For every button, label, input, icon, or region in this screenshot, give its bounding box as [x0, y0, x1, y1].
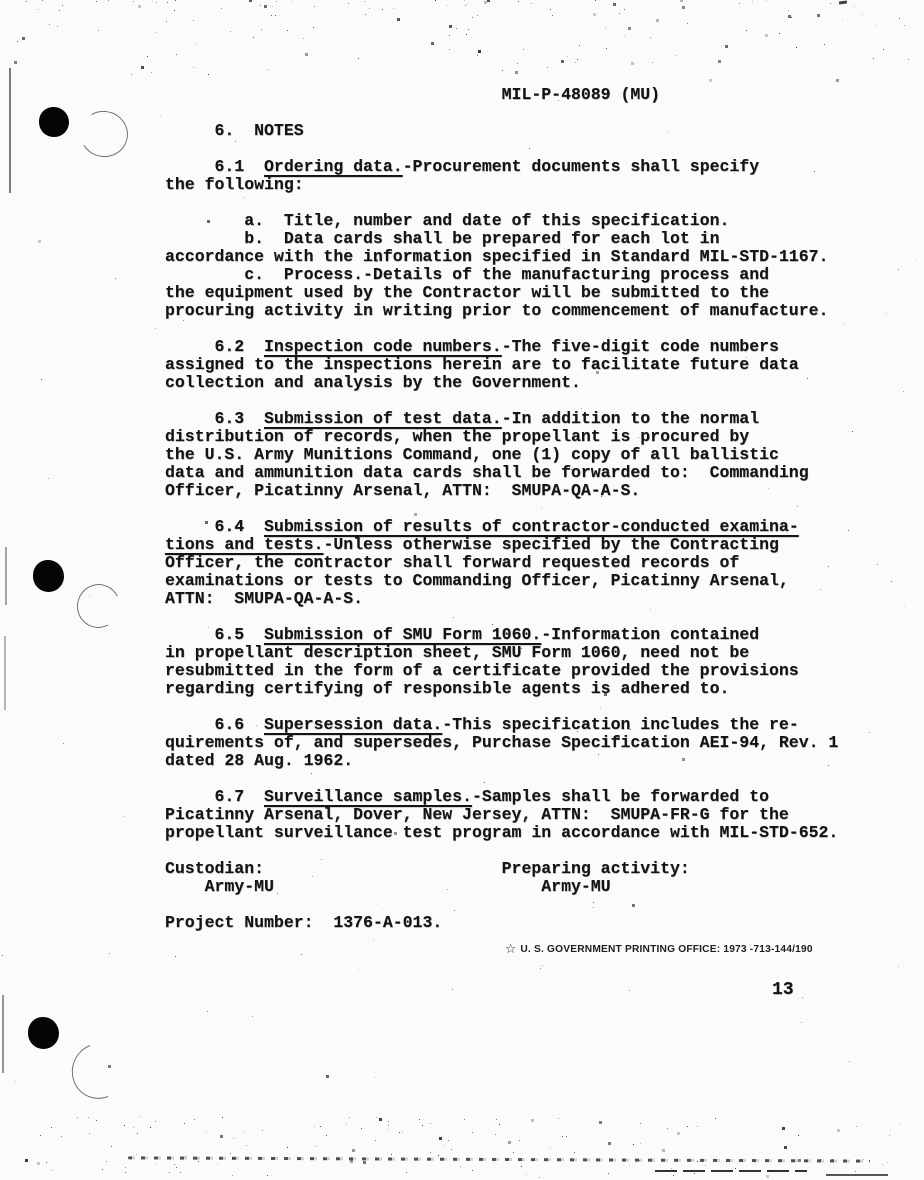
margin-scan-line: [4, 636, 6, 710]
text-line: [165, 608, 905, 626]
text-line: 6.6 Supersession data.-This specificatio…: [165, 716, 905, 734]
margin-scan-line: [5, 547, 7, 605]
text-line: Officer, the contractor shall forward re…: [165, 554, 905, 572]
scan-smudge-line: [826, 1174, 888, 1176]
text-line: 6. NOTES: [165, 122, 905, 140]
text-line: [165, 104, 905, 122]
text-line: procuring activity in writing prior to c…: [165, 302, 905, 320]
text-line: [165, 698, 905, 716]
scanned-document-page: MIL-P-48089 (MU) 6. NOTES 6.1 Ordering d…: [0, 0, 924, 1180]
text-line: collection and analysis by the Governmen…: [165, 374, 905, 392]
page-number: 13: [772, 980, 794, 1000]
text-line: the following:: [165, 176, 905, 194]
document-body: MIL-P-48089 (MU) 6. NOTES 6.1 Ordering d…: [165, 86, 905, 932]
punch-hole-ring-bottom: [63, 1034, 135, 1107]
text-line: the equipment used by the Contractor wil…: [165, 284, 905, 302]
text-line: 6.7 Surveillance samples.-Samples shall …: [165, 788, 905, 806]
text-line: 6.5 Submission of SMU Form 1060.-Informa…: [165, 626, 905, 644]
text-line: a. Title, number and date of this specif…: [165, 212, 905, 230]
punch-hole-ring-top: [75, 106, 133, 162]
text-line: [165, 770, 905, 788]
text-line: Officer, Picatinny Arsenal, ATTN: SMUPA-…: [165, 482, 905, 500]
text-line: 6.3 Submission of test data.-In addition…: [165, 410, 905, 428]
punch-hole-dot-top: [39, 107, 69, 137]
scan-artifact: [839, 0, 847, 4]
text-line: quirements of, and supersedes, Purchase …: [165, 734, 905, 752]
text-line: tions and tests.-Unless otherwise specif…: [165, 536, 905, 554]
text-line: dated 28 Aug. 1962.: [165, 752, 905, 770]
scan-smudge-line: [128, 1156, 870, 1162]
text-line: [165, 842, 905, 860]
scan-smudge-line: [655, 1170, 807, 1172]
punch-hole-dot-middle: [33, 560, 64, 592]
text-line: propellant surveillance test program in …: [165, 824, 905, 842]
text-line: Picatinny Arsenal, Dover, New Jersey, AT…: [165, 806, 905, 824]
text-line: [165, 140, 905, 158]
text-line: accordance with the information specifie…: [165, 248, 905, 266]
scan-noise: [0, 0, 1, 1]
text-line: [165, 500, 905, 518]
text-line: MIL-P-48089 (MU): [165, 86, 905, 104]
text-line: [165, 194, 905, 212]
text-line: distribution of records, when the propel…: [165, 428, 905, 446]
star-icon: ☆: [505, 941, 517, 956]
text-line: [165, 392, 905, 410]
text-line: b. Data cards shall be prepared for each…: [165, 230, 905, 248]
text-line: c. Process.-Details of the manufacturing…: [165, 266, 905, 284]
printing-office-line: ☆U. S. GOVERNMENT PRINTING OFFICE: 1973 …: [505, 941, 813, 957]
printing-office-text: U. S. GOVERNMENT PRINTING OFFICE: 1973 -…: [520, 943, 812, 955]
text-line: the U.S. Army Munitions Command, one (1)…: [165, 446, 905, 464]
punch-hole-dot-bottom: [28, 1017, 59, 1049]
text-line: resubmitted in the form of a certificate…: [165, 662, 905, 680]
text-line: data and ammunition data cards shall be …: [165, 464, 905, 482]
margin-scan-line: [9, 68, 11, 193]
text-line: [165, 896, 905, 914]
punch-hole-ring-middle: [71, 578, 125, 633]
text-line: Army-MU Army-MU: [165, 878, 905, 896]
text-line: in propellant description sheet, SMU For…: [165, 644, 905, 662]
text-line: [165, 320, 905, 338]
text-line: ATTN: SMUPA-QA-A-S.: [165, 590, 905, 608]
text-line: Project Number: 1376-A-013.: [165, 914, 905, 932]
text-line: 6.4 Submission of results of contractor-…: [165, 518, 905, 536]
text-line: regarding certifying of responsible agen…: [165, 680, 905, 698]
text-line: 6.2 Inspection code numbers.-The five-di…: [165, 338, 905, 356]
text-line: Custodian: Preparing activity:: [165, 860, 905, 878]
margin-scan-line: [2, 995, 4, 1073]
text-line: 6.1 Ordering data.-Procurement documents…: [165, 158, 905, 176]
text-line: assigned to the inspections herein are t…: [165, 356, 905, 374]
text-line: examinations or tests to Commanding Offi…: [165, 572, 905, 590]
